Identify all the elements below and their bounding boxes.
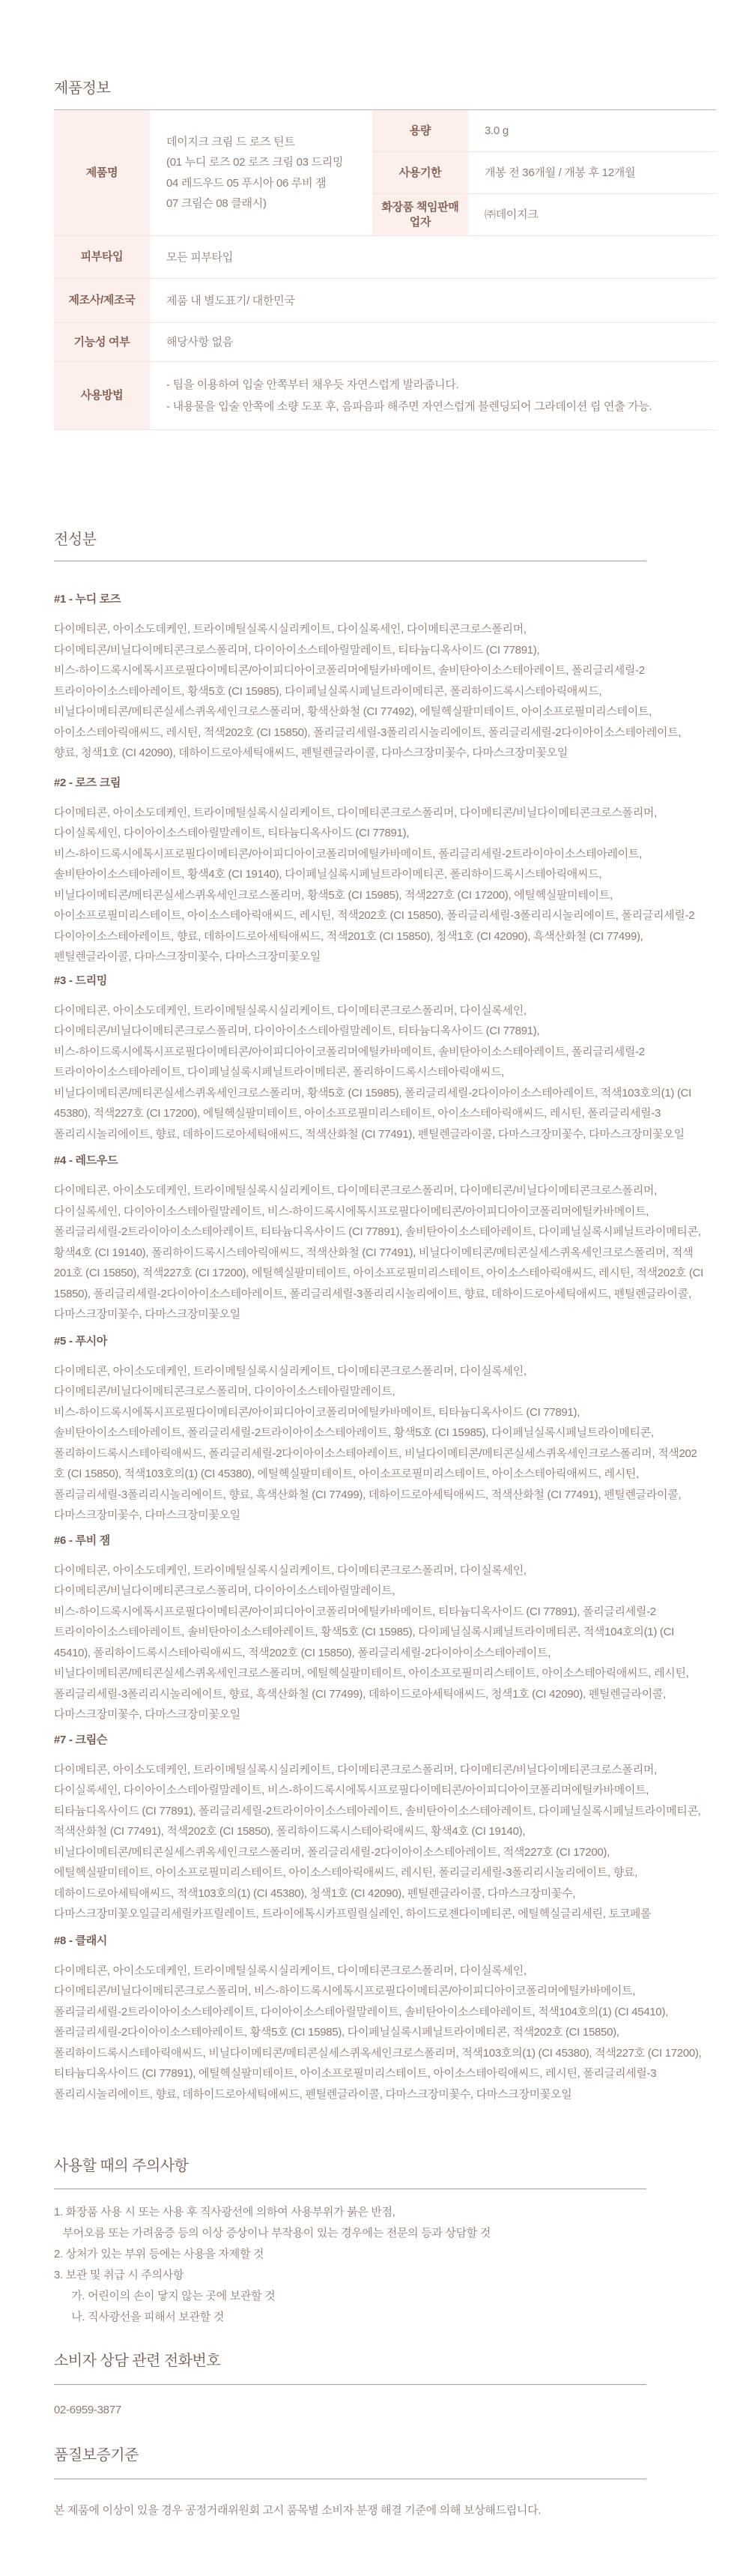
table-row-expiry: 사용기한 개봉 전 36개월 / 개봉 후 12개월	[372, 151, 716, 193]
product-info-table: 제품명 데이지크 크림 드 로즈 틴트 (01 누디 로즈 02 로즈 크림 0…	[54, 109, 716, 430]
label-seller: 화장품 책임판매업자	[372, 194, 468, 235]
ingredient-shade-heading: #4 - 레드우드	[54, 1153, 730, 1168]
table-row-seller: 화장품 책임판매업자 ㈜데이지크	[372, 193, 716, 235]
ingredient-shade-heading: #5 - 푸시아	[54, 1334, 730, 1349]
ingredient-list-text: 다이메티콘, 아이소도데케인, 트라이메틸실록시실리케이트, 다이메티콘크로스폴…	[54, 1760, 730, 1925]
ingredient-shade-heading: #8 - 클래시	[54, 1934, 730, 1949]
ingredient-list-text: 다이메티콘, 아이소도데케인, 트라이메틸실록시실리케이트, 다이메티콘크로스폴…	[54, 1961, 730, 2105]
label-product-name: 제품명	[54, 110, 150, 235]
value-usage: - 팁을 이용하여 입술 안쪽부터 채우듯 자연스럽게 발라줍니다. - 내용물…	[150, 362, 716, 429]
value-skin-type: 모든 피부타입	[150, 236, 716, 278]
value-seller: ㈜데이지크	[468, 194, 716, 235]
label-functional: 기능성 여부	[54, 323, 150, 361]
ingredient-block: #2 - 로즈 크림다이메티콘, 아이소도데케인, 트라이메틸실록시실리케이트,…	[54, 776, 730, 968]
value-expiry: 개봉 전 36개월 / 개봉 후 12개월	[468, 152, 716, 193]
ingredients-divider	[54, 561, 646, 561]
warranty-divider	[54, 2479, 646, 2479]
section-title-consumer-contact: 소비자 상담 관련 전화번호	[54, 2352, 220, 2370]
ingredient-shade-heading: #7 - 크림슨	[54, 1733, 730, 1748]
table-row-volume: 용량 3.0 g	[372, 110, 716, 151]
ingredient-block: #4 - 레드우드다이메티콘, 아이소도데케인, 트라이메틸실록시실리케이트, …	[54, 1153, 730, 1325]
ingredient-list-text: 다이메티콘, 아이소도데케인, 트라이메틸실록시실리케이트, 다이메티콘크로스폴…	[54, 1560, 730, 1725]
label-usage: 사용방법	[54, 362, 150, 429]
ingredient-block: #7 - 크림슨다이메티콘, 아이소도데케인, 트라이메틸실록시실리케이트, 다…	[54, 1733, 730, 1925]
ingredient-block: #3 - 드리밍다이메티콘, 아이소도데케인, 트라이메틸실록시실리케이트, 다…	[54, 974, 730, 1145]
table-row-functional: 기능성 여부 해당사항 없음	[54, 323, 716, 362]
value-volume: 3.0 g	[468, 110, 716, 151]
ingredient-shade-heading: #3 - 드리밍	[54, 974, 730, 989]
ingredient-list-text: 다이메티콘, 아이소도데케인, 트라이메틸실록시실리케이트, 다이실록세인, 다…	[54, 619, 730, 764]
consumer-phone-number: 02-6959-3877	[54, 2400, 730, 2421]
label-manufacturer: 제조사/제조국	[54, 279, 150, 322]
value-functional: 해당사항 없음	[150, 323, 716, 361]
product-meta-subtable: 용량 3.0 g 사용기한 개봉 전 36개월 / 개봉 후 12개월 화장품 …	[372, 110, 716, 235]
ingredient-block: #6 - 루비 잼다이메티콘, 아이소도데케인, 트라이메틸실록시실리케이트, …	[54, 1533, 730, 1725]
section-title-product-info: 제품정보	[54, 79, 110, 97]
ingredient-list-text: 다이메티콘, 아이소도데케인, 트라이메틸실록시실리케이트, 다이메티콘크로스폴…	[54, 1180, 730, 1325]
section-title-warranty: 품질보증기준	[54, 2446, 139, 2464]
table-row-manufacturer: 제조사/제조국 제품 내 별도표기/ 대한민국	[54, 279, 716, 323]
ingredient-shade-heading: #1 - 누디 로즈	[54, 592, 730, 607]
ingredient-block: #5 - 푸시아다이메티콘, 아이소도데케인, 트라이메틸실록시실리케이트, 다…	[54, 1334, 730, 1526]
ingredient-list-text: 다이메티콘, 아이소도데케인, 트라이메틸실록시실리케이트, 다이메티콘크로스폴…	[54, 803, 730, 968]
consumer-contact-divider	[54, 2384, 646, 2385]
product-detail-page: 제품정보 제품명 데이지크 크림 드 로즈 틴트 (01 누디 로즈 02 로즈…	[0, 0, 749, 2576]
ingredient-list-text: 다이메티콘, 아이소도데케인, 트라이메틸실록시실리케이트, 다이메티콘크로스폴…	[54, 1001, 730, 1145]
table-row-skin-type: 피부타입 모든 피부타입	[54, 236, 716, 279]
ingredient-shade-heading: #2 - 로즈 크림	[54, 776, 730, 791]
ingredient-block: #8 - 클래시다이메티콘, 아이소도데케인, 트라이메틸실록시실리케이트, 다…	[54, 1934, 730, 2105]
table-row-usage: 사용방법 - 팁을 이용하여 입술 안쪽부터 채우듯 자연스럽게 발라줍니다. …	[54, 362, 716, 430]
section-title-precautions: 사용할 때의 주의사항	[54, 2157, 189, 2175]
precautions-text: 1. 화장품 사용 시 또는 사용 후 직사광선에 의하여 사용부위가 붉은 반…	[54, 2202, 730, 2328]
ingredient-shade-heading: #6 - 루비 잼	[54, 1533, 730, 1548]
label-expiry: 사용기한	[372, 152, 468, 193]
warranty-text: 본 제품에 이상이 있을 경우 공정거래위원회 고시 품목별 소비자 분쟁 해결…	[54, 2500, 730, 2521]
value-manufacturer: 제품 내 별도표기/ 대한민국	[150, 279, 716, 322]
section-title-ingredients: 전성분	[54, 531, 96, 549]
precautions-divider	[54, 2189, 646, 2189]
ingredient-blocks: #1 - 누디 로즈다이메티콘, 아이소도데케인, 트라이메틸실록시실리케이트,…	[54, 592, 730, 2105]
ingredient-list-text: 다이메티콘, 아이소도데케인, 트라이메틸실록시실리케이트, 다이메티콘크로스폴…	[54, 1361, 730, 1526]
ingredient-block: #1 - 누디 로즈다이메티콘, 아이소도데케인, 트라이메틸실록시실리케이트,…	[54, 592, 730, 764]
label-skin-type: 피부타입	[54, 236, 150, 278]
label-volume: 용량	[372, 110, 468, 151]
value-product-name: 데이지크 크림 드 로즈 틴트 (01 누디 로즈 02 로즈 크림 03 드리…	[150, 110, 372, 235]
table-row-product-name: 제품명 데이지크 크림 드 로즈 틴트 (01 누디 로즈 02 로즈 크림 0…	[54, 110, 716, 236]
